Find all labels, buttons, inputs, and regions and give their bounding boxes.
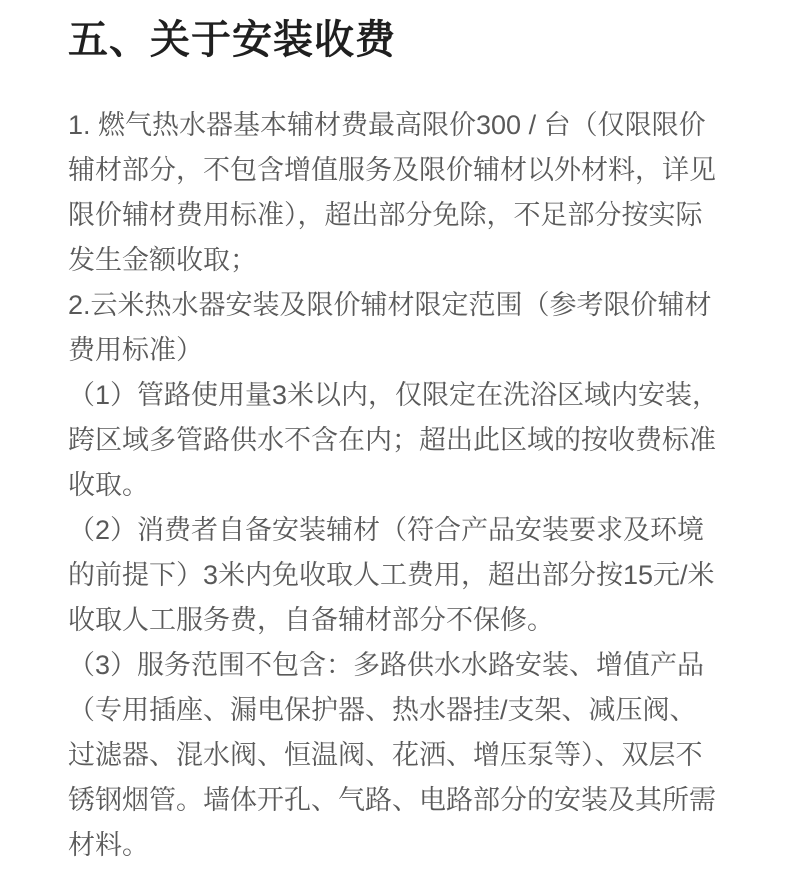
clause-sub-2-self-supplied-materials: （2）消费者自备安装辅材（符合产品安装要求及环境的前提下）3米内免收取人工费用，…: [68, 508, 744, 643]
text-line: 过滤器、混水阀、恒温阀、花洒、增压泵等）、双层不: [68, 733, 744, 778]
text-line: 跨区域多管路供水不含在内；超出此区域的按收费标准: [68, 418, 744, 463]
text-line: 材料。: [68, 823, 744, 868]
clause-sub-3-service-exclusions: （3）服务范围不包含：多路供水水路安装、增值产品（专用插座、漏电保护器、热水器挂…: [68, 643, 744, 868]
document-page: 五、关于安装收费 1. 燃气热水器基本辅材费最高限价300 / 台（仅限限价辅材…: [0, 0, 790, 873]
text-line: 收取人工服务费，自备辅材部分不保修。: [68, 598, 744, 643]
text-line: 2.云米热水器安装及限价辅材限定范围（参考限价辅材: [68, 283, 744, 328]
text-line: 辅材部分，不包含增值服务及限价辅材以外材料，详见: [68, 148, 744, 193]
text-line: 收取。: [68, 463, 744, 508]
clause-sub-1-piping-limit: （1）管路使用量3米以内，仅限定在洗浴区域内安装，跨区域多管路供水不含在内；超出…: [68, 373, 744, 508]
clause-gas-heater-material-cap: 1. 燃气热水器基本辅材费最高限价300 / 台（仅限限价辅材部分，不包含增值服…: [68, 103, 744, 283]
text-line: 费用标准）: [68, 328, 744, 373]
section-title: 五、关于安装收费: [68, 16, 744, 64]
text-line: 限价辅材费用标准），超出部分免除，不足部分按实际: [68, 193, 744, 238]
clause-install-scope-definition: 2.云米热水器安装及限价辅材限定范围（参考限价辅材费用标准）: [68, 283, 744, 373]
text-line: 发生金额收取；: [68, 238, 744, 283]
text-line: 的前提下）3米内免收取人工费用，超出部分按15元/米: [68, 553, 744, 598]
text-line: （2）消费者自备安装辅材（符合产品安装要求及环境: [68, 508, 744, 553]
text-line: 锈钢烟管。墙体开孔、气路、电路部分的安装及其所需: [68, 778, 744, 823]
text-line: （3）服务范围不包含：多路供水水路安装、增值产品: [68, 643, 744, 688]
text-line: （专用插座、漏电保护器、热水器挂/支架、减压阀、: [68, 688, 744, 733]
section-body: 1. 燃气热水器基本辅材费最高限价300 / 台（仅限限价辅材部分，不包含增值服…: [68, 103, 744, 868]
text-line: 1. 燃气热水器基本辅材费最高限价300 / 台（仅限限价: [68, 103, 744, 148]
text-line: （1）管路使用量3米以内，仅限定在洗浴区域内安装，: [68, 373, 744, 418]
